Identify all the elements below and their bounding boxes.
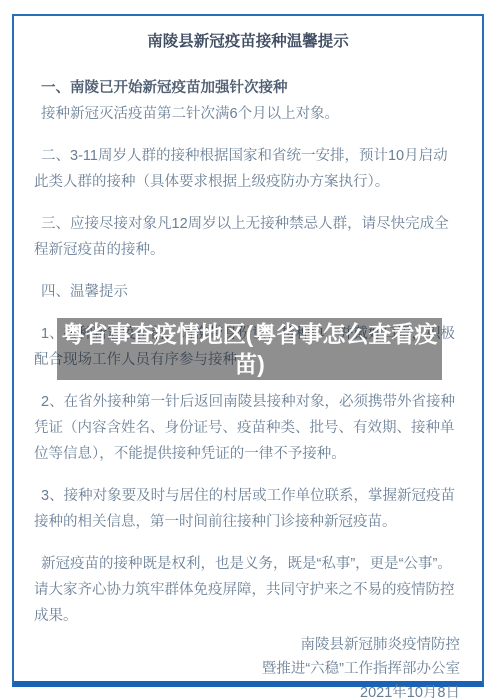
watermark-overlay: 粤省事查疫情地区(粤省事怎么查看疫苗): [57, 318, 442, 380]
section-1-body: 接种新冠灭活疫苗第二针次满6个月以上对象。: [34, 101, 462, 127]
signature-line-org1: 南陵县新冠肺炎疫情防控: [34, 633, 460, 657]
section-3-paragraph: 三、应接尽接对象凡12周岁以上无接种禁忌人群，请尽快完成全程新冠疫苗的接种。: [34, 211, 462, 263]
signature-line-org2: 暨推进“六稳”工作指挥部办公室: [34, 657, 460, 681]
notice-title: 南陵县新冠疫苗接种温馨提示: [34, 31, 462, 53]
watermark-text: 粤省事查疫情地区(粤省事怎么查看疫苗): [57, 319, 442, 379]
signature-block: 南陵县新冠肺炎疫情防控 暨推进“六稳”工作指挥部办公室 2021年10月8日: [34, 633, 462, 699]
section-4-heading: 四、温馨提示: [34, 279, 462, 305]
section-1-heading: 一、南陵已开始新冠疫苗加强针次接种: [34, 75, 462, 101]
tip-item-2: 2、在省外接种第一针后返回南陵县接种对象，必须携带外省接种凭证（内容含姓名、身份…: [34, 389, 462, 467]
page: 南陵县新冠疫苗接种温馨提示 一、南陵已开始新冠疫苗加强针次接种 接种新冠灭活疫苗…: [0, 0, 500, 699]
tip-item-3: 3、接种对象要及时与居住的村居或工作单位联系，掌握新冠疫苗接种的相关信息，第一时…: [34, 483, 462, 535]
closing-paragraph: 新冠疫苗的接种既是权利，也是义务，既是“私事”，更是“公事”。请大家齐心协力筑牢…: [34, 551, 462, 629]
signature-line-date: 2021年10月8日: [34, 681, 460, 699]
section-2-paragraph: 二、3-11周岁人群的接种根据国家和省统一安排，预计10月启动此类人群的接种（具…: [34, 143, 462, 195]
